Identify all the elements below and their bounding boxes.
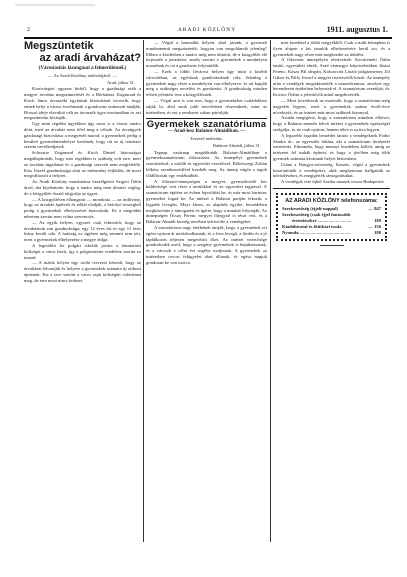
paragraph: Ugy mint régebbi ügyekben úgy most is a … <box>24 121 141 150</box>
paragraph: — A másik helyen úgy szóló tervezet kész… <box>24 260 141 283</box>
paragraph: — Az egyik helyen, egyszer csak felmerül… <box>24 220 141 243</box>
paragraph: A fölavató-ünnepségen a megyei, gyermekv… <box>146 179 267 225</box>
subheadline: (Városiasítás lázongásai a felmerülésnél… <box>24 66 141 72</box>
paragraph: — Ezek a többi fővárosi helyen úgy mint … <box>146 69 267 98</box>
paragraph: — A közgyűlésen elhangzott — mondotta — … <box>24 197 141 220</box>
paragraph: A vendégek este újból Aradra utaztak vis… <box>273 179 390 185</box>
paragraph: Schwartz Zsigmond és Kirch Dániel biztos… <box>24 150 141 179</box>
paragraph: Azután megígérte, hogy a szanatórium min… <box>273 115 390 132</box>
column-1: Megszüntetik az aradi árvaházat? (Városi… <box>24 40 141 540</box>
header-rule <box>24 37 392 39</box>
column-divider <box>143 40 144 542</box>
paragraph: A legutóbbi fix polgári iskolák javára a… <box>24 243 141 260</box>
column-divider <box>270 40 271 542</box>
scan-smudge <box>15 4 95 6</box>
paragraph: más kezekkel a többi megyékből. Csak a m… <box>273 40 390 57</box>
paragraph: A szanatórium nagy értékének tartják, ho… <box>146 225 267 266</box>
section-byline: Tervező tudósítás. <box>146 136 267 142</box>
column-2: — Végül a harmadik helyen, ahol járunk, … <box>146 40 267 545</box>
headline-line-2: az aradi árvaházat? <box>24 52 141 64</box>
paragraph: Utána a Hangya-szövetség, Kaszás, végül … <box>273 162 390 179</box>
paragraph: Tegnap vasárnap megáldották Balaton-Almá… <box>146 150 267 179</box>
phone-number-box: AZ ARADI KÖZLÖNY telefonszáma: Szerkeszt… <box>276 193 387 241</box>
column-3: más kezekkel a többi megyékből. Csak a m… <box>273 40 390 540</box>
phone-box-title: AZ ARADI KÖZLÖNY telefonszáma: <box>282 198 381 204</box>
paragraph: A fölavatás ünnepélyén résztvettek: Kecs… <box>273 57 390 98</box>
issue-date: 1911. augusztus 1. <box>327 25 388 34</box>
paragraph: Az Aradi Közlöny munkatársa beszélgetett… <box>24 179 141 196</box>
section-subheadline: — Arad-lesz Balaton-Almádiban. — <box>146 129 267 135</box>
paragraph: — Végül a harmadik helyen, ahol járunk, … <box>146 40 267 69</box>
section-separator <box>273 188 390 189</box>
headline-line-1: Megszüntetik <box>24 40 141 52</box>
section-dateline: Balaton-Almádi, július 31. <box>146 143 261 149</box>
section-headline: Gyermekek szanatóriuma <box>146 122 267 128</box>
byline: — Az Aradi Közlöny tudósítójától. — <box>24 73 141 79</box>
dateline: Arad, július 31. <box>24 80 135 86</box>
end-rule <box>320 245 344 246</box>
paragraph: — Végül arra is van eset, hogy a gyermek… <box>146 98 267 115</box>
phone-row: Nyomda — — — — — — — — —180 <box>282 230 381 236</box>
paragraph: — Most következik az esztendő, hogy a sz… <box>273 98 390 115</box>
running-head: 2 ARADI KÖZLÖNY 1911. augusztus 1. <box>24 26 390 37</box>
paragraph: A legszebb fogadás beszédet tartott a ve… <box>273 133 390 162</box>
paragraph: Kiszivárgott ugyanis hírből, hogy a gazd… <box>24 86 141 121</box>
